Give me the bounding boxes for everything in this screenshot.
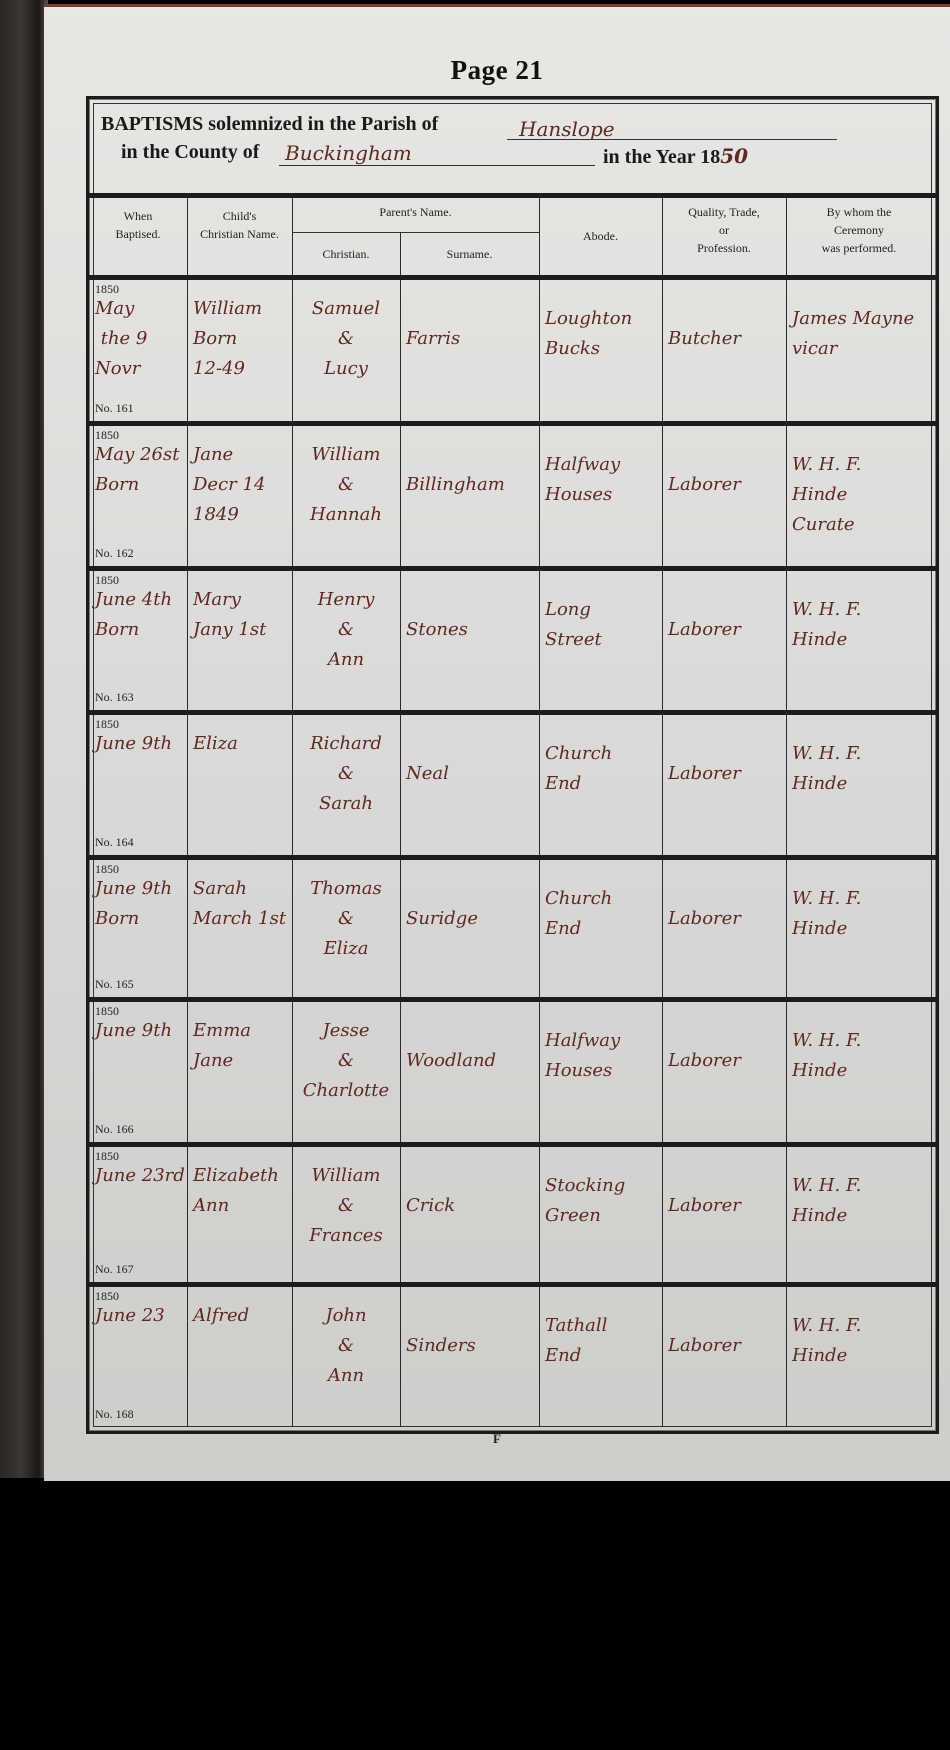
column-divider bbox=[292, 715, 293, 855]
row-rule bbox=[89, 566, 936, 571]
heading-bold: BAPTISMS bbox=[101, 113, 203, 135]
entry-surname: Crick bbox=[406, 1191, 455, 1221]
year-field: in the Year 1850 bbox=[603, 144, 748, 169]
county-value: Buckingham bbox=[285, 141, 412, 165]
col-header-parents: Parent's Name. bbox=[292, 203, 539, 221]
col-header-trade: Quality, Trade, or Profession. bbox=[662, 203, 786, 257]
column-divider bbox=[187, 860, 188, 997]
col-header-abode: Abode. bbox=[539, 227, 662, 245]
entry-number: No. 168 bbox=[95, 1407, 134, 1422]
entry-when-baptised: June 9th bbox=[95, 1016, 172, 1046]
column-divider bbox=[187, 280, 188, 421]
col-header-child: Child's Christian Name. bbox=[187, 207, 292, 243]
column-divider bbox=[539, 426, 540, 566]
row-rule bbox=[89, 855, 936, 860]
entry-when-baptised: June 23rd bbox=[95, 1161, 185, 1191]
column-divider bbox=[292, 1287, 293, 1427]
entry-officiant: W. H. F. Hinde bbox=[792, 595, 861, 655]
entry-abode: Long Street bbox=[545, 595, 602, 655]
entry-child-name: Sarah March 1st bbox=[193, 874, 286, 934]
entry-child-name: Mary Jany 1st bbox=[193, 585, 266, 645]
baptism-register-table: BAPTISMS solemnized in the Parish of Han… bbox=[86, 96, 939, 1434]
column-divider bbox=[292, 1002, 293, 1142]
entry-number: No. 163 bbox=[95, 690, 134, 705]
entry-number: No. 162 bbox=[95, 546, 134, 561]
entry-trade: Laborer bbox=[668, 904, 741, 934]
county-field: Buckingham bbox=[279, 141, 595, 166]
entry-abode: Church End bbox=[545, 884, 612, 944]
entry-child-name: Jane Decr 14 1849 bbox=[193, 440, 265, 530]
entry-officiant: James Mayne vicar bbox=[792, 304, 914, 364]
entry-trade: Laborer bbox=[668, 615, 741, 645]
column-divider bbox=[662, 571, 663, 710]
entry-child-name: Elizabeth Ann bbox=[193, 1161, 279, 1221]
column-divider bbox=[400, 280, 401, 421]
entry-parents-christian: John & Ann bbox=[298, 1301, 394, 1391]
column-divider bbox=[400, 860, 401, 997]
entry-parents-christian: Jesse & Charlotte bbox=[298, 1016, 394, 1106]
entry-child-name: Eliza bbox=[193, 729, 238, 759]
column-divider bbox=[786, 426, 787, 566]
entry-when-baptised: June 9th bbox=[95, 729, 172, 759]
column-divider bbox=[539, 860, 540, 997]
entry-number: No. 165 bbox=[95, 977, 134, 992]
column-divider bbox=[292, 571, 293, 710]
column-divider bbox=[400, 1147, 401, 1282]
column-divider bbox=[786, 571, 787, 710]
folio-mark: F bbox=[44, 1431, 950, 1447]
row-rule bbox=[89, 421, 936, 426]
col-header-by-whom: By whom the Ceremony was performed. bbox=[786, 203, 932, 257]
entry-abode: Tathall End bbox=[545, 1311, 607, 1371]
entry-surname: Woodland bbox=[406, 1046, 496, 1076]
column-divider bbox=[662, 1147, 663, 1282]
column-divider bbox=[786, 1002, 787, 1142]
column-divider bbox=[400, 715, 401, 855]
parents-subheader-rule bbox=[292, 232, 539, 233]
entry-surname: Stones bbox=[406, 615, 468, 645]
book-binding bbox=[0, 0, 48, 1478]
entry-parents-christian: Thomas & Eliza bbox=[298, 874, 394, 964]
year-label: in the Year 18 bbox=[603, 146, 720, 168]
entry-number: No. 167 bbox=[95, 1262, 134, 1277]
row-rule bbox=[89, 1282, 936, 1287]
parish-field: Hanslope bbox=[507, 117, 837, 140]
entry-when-baptised: June 23 bbox=[95, 1301, 165, 1331]
col-header-surname: Surname. bbox=[400, 245, 539, 263]
column-divider bbox=[662, 1002, 663, 1142]
column-divider bbox=[292, 860, 293, 997]
column-divider bbox=[786, 860, 787, 997]
entry-when-baptised: June 9th Born bbox=[95, 874, 172, 934]
column-divider bbox=[292, 1147, 293, 1282]
entry-officiant: W. H. F. Hinde bbox=[792, 1171, 861, 1231]
entry-officiant: W. H. F. Hinde bbox=[792, 739, 861, 799]
entry-number: No. 164 bbox=[95, 835, 134, 850]
heading-text: solemnized in the Parish of bbox=[208, 113, 438, 135]
column-divider bbox=[539, 715, 540, 855]
entry-when-baptised: May 26st Born bbox=[95, 440, 179, 500]
row-rule bbox=[89, 710, 936, 715]
entry-abode: Stocking Green bbox=[545, 1171, 625, 1231]
column-divider bbox=[187, 426, 188, 566]
column-header-rule bbox=[89, 275, 936, 280]
entry-parents-christian: William & Frances bbox=[298, 1161, 394, 1251]
entry-parents-christian: Henry & Ann bbox=[298, 585, 394, 675]
entry-number: No. 166 bbox=[95, 1122, 134, 1137]
entry-child-name: Emma Jane bbox=[193, 1016, 251, 1076]
column-divider bbox=[662, 1287, 663, 1427]
column-divider bbox=[292, 426, 293, 566]
column-divider bbox=[539, 1002, 540, 1142]
entry-abode: Halfway Houses bbox=[545, 450, 620, 510]
row-rule bbox=[89, 1142, 936, 1147]
parish-value: Hanslope bbox=[519, 117, 615, 141]
column-divider bbox=[400, 571, 401, 710]
column-divider bbox=[786, 1287, 787, 1427]
entry-officiant: W. H. F. Hinde Curate bbox=[792, 450, 861, 540]
column-divider bbox=[292, 280, 293, 421]
entry-parents-christian: William & Hannah bbox=[298, 440, 394, 530]
entry-abode: Church End bbox=[545, 739, 612, 799]
column-divider bbox=[786, 280, 787, 421]
column-divider bbox=[662, 280, 663, 421]
entry-trade: Laborer bbox=[668, 759, 741, 789]
register-heading: BAPTISMS solemnized in the Parish of bbox=[101, 113, 438, 136]
entry-officiant: W. H. F. Hinde bbox=[792, 1026, 861, 1086]
column-divider bbox=[187, 571, 188, 710]
column-divider bbox=[539, 571, 540, 710]
entry-officiant: W. H. F. Hinde bbox=[792, 1311, 861, 1371]
column-divider bbox=[187, 1002, 188, 1142]
column-divider bbox=[187, 715, 188, 855]
entry-number: No. 161 bbox=[95, 401, 134, 416]
column-divider bbox=[187, 1147, 188, 1282]
column-divider bbox=[786, 1147, 787, 1282]
entry-surname: Billingham bbox=[406, 470, 505, 500]
column-divider bbox=[662, 860, 663, 997]
column-divider bbox=[662, 715, 663, 855]
year-value: 50 bbox=[720, 144, 748, 168]
entry-surname: Farris bbox=[406, 324, 460, 354]
register-page: Page 21 BAPTISMS solemnized in the Paris… bbox=[44, 4, 950, 1481]
entry-parents-christian: Richard & Sarah bbox=[298, 729, 394, 819]
column-divider bbox=[400, 426, 401, 566]
entry-surname: Neal bbox=[406, 759, 449, 789]
county-label: in the County of bbox=[121, 141, 259, 164]
column-divider bbox=[662, 426, 663, 566]
entry-trade: Laborer bbox=[668, 1191, 741, 1221]
entry-trade: Laborer bbox=[668, 1046, 741, 1076]
entry-trade: Laborer bbox=[668, 1331, 741, 1361]
col-header-christian: Christian. bbox=[292, 245, 400, 263]
entry-parents-christian: Samuel & Lucy bbox=[298, 294, 394, 384]
column-divider bbox=[786, 715, 787, 855]
row-rule bbox=[89, 997, 936, 1002]
page-title: Page 21 bbox=[44, 55, 950, 86]
entry-child-name: Alfred bbox=[193, 1301, 249, 1331]
column-divider bbox=[539, 1147, 540, 1282]
entry-abode: Halfway Houses bbox=[545, 1026, 620, 1086]
column-divider bbox=[400, 1287, 401, 1427]
entry-trade: Laborer bbox=[668, 470, 741, 500]
entry-abode: Loughton Bucks bbox=[545, 304, 632, 364]
entry-surname: Suridge bbox=[406, 904, 478, 934]
column-divider bbox=[187, 1287, 188, 1427]
col-header-when: When Baptised. bbox=[89, 207, 187, 243]
entry-child-name: William Born 12-49 bbox=[193, 294, 262, 384]
entry-trade: Butcher bbox=[668, 324, 741, 354]
entry-surname: Sinders bbox=[406, 1331, 476, 1361]
header-rule bbox=[89, 193, 936, 198]
entry-when-baptised: May the 9 Novr bbox=[95, 294, 147, 384]
column-divider bbox=[400, 1002, 401, 1142]
entry-officiant: W. H. F. Hinde bbox=[792, 884, 861, 944]
entry-when-baptised: June 4th Born bbox=[95, 585, 172, 645]
column-divider bbox=[539, 1287, 540, 1427]
column-divider bbox=[539, 280, 540, 421]
